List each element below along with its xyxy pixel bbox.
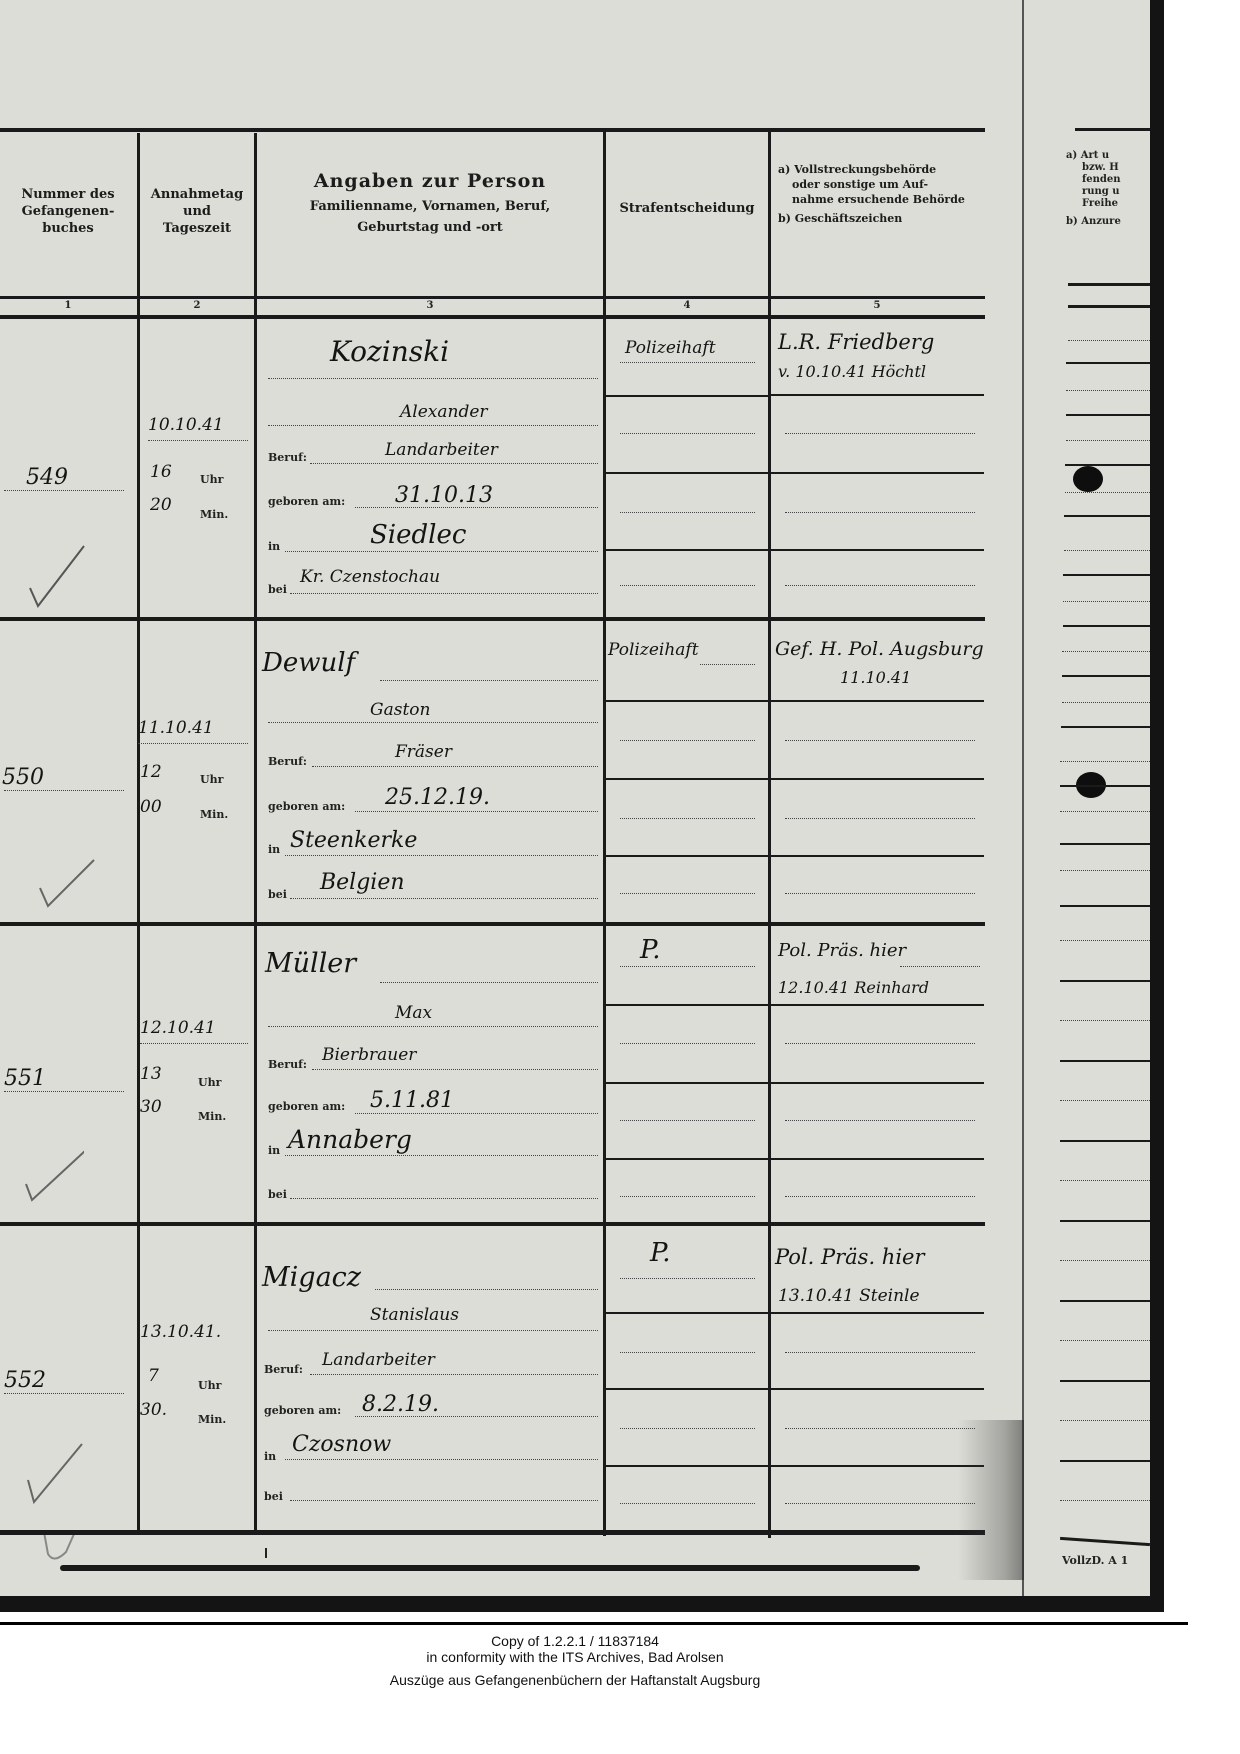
authority-rule — [771, 700, 984, 702]
header-col3: Angaben zur Person Familienname, Vorname… — [257, 170, 603, 236]
strip-rule — [1060, 785, 1150, 787]
beruf-label: Beruf: — [268, 451, 307, 464]
first-name-line — [268, 425, 598, 426]
checkmark-icon — [28, 540, 88, 610]
decision-line — [700, 664, 755, 665]
decision-empty-line — [620, 1503, 755, 1504]
uhr-label: Uhr — [198, 1379, 221, 1392]
next-page-header-a: a) Art u bzw. H fenden rung u Freihe b) … — [1066, 150, 1150, 228]
decision-empty-line — [620, 1196, 755, 1197]
bei-label: bei — [264, 1490, 283, 1503]
strip-line-4: rung u — [1066, 186, 1150, 198]
column-divider-3 — [603, 128, 606, 1536]
decision-empty-line — [620, 585, 755, 586]
strip-line-2: bzw. H — [1066, 162, 1150, 174]
strip-rule — [1065, 464, 1150, 466]
column-divider-4 — [768, 128, 771, 1538]
decision-rule — [606, 778, 768, 780]
admission-minute: 00 — [140, 797, 162, 817]
sentence-decision: P. — [640, 935, 661, 965]
first-name-line — [268, 1330, 598, 1331]
birth-place-line — [285, 1155, 598, 1156]
admission-minute: 30. — [140, 1400, 167, 1420]
authority-b: 13.10.41 Steinle — [778, 1286, 920, 1306]
authority-rule — [771, 1465, 984, 1467]
strip-dotted — [1060, 1100, 1150, 1101]
strip-rule — [1060, 1140, 1150, 1142]
header-col2-line1: Annahmetag — [140, 186, 254, 203]
authority-empty-line — [785, 1352, 975, 1353]
birth-place: Steenkerke — [290, 828, 417, 853]
strip-rule — [1060, 905, 1150, 907]
bei-value: Belgien — [320, 870, 405, 895]
bei-value: Kr. Czenstochau — [300, 567, 440, 587]
first-name: Max — [395, 1003, 432, 1023]
strip-line-3: fenden — [1066, 174, 1150, 186]
occupation: Landarbeiter — [322, 1350, 435, 1370]
decision-rule — [606, 1082, 768, 1084]
surname: Migacz — [262, 1262, 361, 1293]
surname-line — [268, 378, 598, 379]
first-name: Stanislaus — [370, 1305, 459, 1325]
authority-rule — [771, 1312, 984, 1314]
first-name: Gaston — [370, 700, 430, 720]
decision-empty-line — [620, 893, 755, 894]
occupation: Landarbeiter — [385, 440, 498, 460]
decision-empty-line — [620, 433, 755, 434]
row-separator — [0, 617, 985, 621]
birth-date-line — [355, 811, 598, 812]
decision-empty-line — [620, 1120, 755, 1121]
entry-number: 551 — [4, 1066, 46, 1091]
strip-dotted — [1063, 601, 1150, 602]
strip-rule — [1060, 1380, 1150, 1382]
strip-rule — [1063, 574, 1150, 576]
occupation-line — [310, 463, 598, 464]
header-col2-line3: Tageszeit — [140, 220, 254, 237]
header-col4: Strafentscheidung — [606, 200, 768, 217]
surname-line — [380, 982, 598, 983]
first-name-line — [268, 722, 598, 723]
strip-rule — [1062, 675, 1150, 677]
authority-empty-line — [785, 1428, 975, 1429]
header-col5-line3: nahme ersuchende Behörde — [778, 192, 983, 207]
strip-dotted — [1060, 870, 1150, 871]
decision-rule — [606, 1388, 768, 1390]
strip-rule — [1060, 980, 1150, 982]
birth-place-line — [285, 1459, 598, 1460]
strip-dotted — [1060, 940, 1150, 941]
min-label: Min. — [200, 808, 228, 821]
beruf-label: Beruf: — [264, 1363, 303, 1376]
authority-empty-line — [785, 1503, 975, 1504]
decision-line — [620, 362, 755, 363]
authority-empty-line — [785, 1196, 975, 1197]
entry-number: 552 — [4, 1368, 46, 1393]
footer-conformity: in conformity with the ITS Archives, Bad… — [0, 1649, 1150, 1665]
authority-rule — [771, 472, 984, 474]
authority-empty-line — [785, 1043, 975, 1044]
strip-rule — [1066, 414, 1150, 416]
birth-date-line — [355, 507, 598, 508]
column-number-5: 5 — [771, 300, 983, 311]
strip-dotted — [1060, 1260, 1150, 1261]
decision-rule — [606, 472, 768, 474]
strip-rule — [1066, 362, 1150, 364]
page-bottom-rule — [60, 1565, 920, 1571]
strip-rule — [1068, 305, 1150, 308]
page-fold-shadow — [958, 1420, 1024, 1580]
sentence-decision: Polizeihaft — [608, 640, 699, 660]
birth-place-line — [285, 551, 598, 552]
strip-line-b: b) Anzure — [1066, 216, 1150, 228]
header-col3-title: Angaben zur Person — [257, 170, 603, 192]
admission-date: 13.10.41. — [140, 1322, 221, 1342]
scan-border-right — [1150, 0, 1164, 1612]
date-line — [140, 1043, 248, 1044]
admission-hour: 12 — [140, 762, 162, 782]
checkmark-icon — [26, 1440, 86, 1510]
colnum-top-rule — [0, 296, 985, 299]
birth-date: 31.10.13 — [395, 483, 493, 508]
pencil-mark-icon — [40, 1530, 80, 1570]
authority-empty-line — [785, 893, 975, 894]
geboren-am-label: geboren am: — [268, 1100, 345, 1113]
authority-a: L.R. Friedberg — [778, 330, 934, 354]
strip-dotted — [1060, 761, 1150, 762]
authority-rule — [771, 855, 984, 857]
occupation-line — [312, 766, 598, 767]
strip-dotted — [1066, 390, 1150, 391]
min-label: Min. — [198, 1413, 226, 1426]
first-name-line — [268, 1026, 598, 1027]
column-number-3: 3 — [257, 300, 603, 311]
column-number-1: 1 — [0, 300, 136, 311]
in-label: in — [268, 540, 280, 553]
uhr-label: Uhr — [200, 773, 223, 786]
decision-empty-line — [620, 1428, 755, 1429]
authority-b: v. 10.10.41 Höchtl — [778, 362, 926, 381]
geboren-am-label: geboren am: — [268, 800, 345, 813]
admission-date: 11.10.41 — [138, 718, 214, 738]
strip-rule — [1061, 726, 1150, 728]
surname-line — [375, 1289, 598, 1290]
authority-b: 11.10.41 — [840, 668, 911, 687]
in-label: in — [264, 1450, 276, 1463]
birth-place: Czosnow — [292, 1432, 391, 1457]
decision-empty-line — [620, 1352, 755, 1353]
birth-date: 25.12.19. — [385, 785, 490, 810]
entry-number-line — [4, 1393, 124, 1394]
sentence-decision: Polizeihaft — [625, 338, 716, 358]
column-number-4: 4 — [606, 300, 768, 311]
birth-date-line — [355, 1416, 598, 1417]
min-label: Min. — [198, 1110, 226, 1123]
strip-dotted — [1062, 702, 1150, 703]
colnum-bottom-rule — [0, 315, 985, 319]
authority-empty-line — [785, 818, 975, 819]
punch-hole-icon — [1073, 466, 1103, 492]
strip-top-rule — [1075, 128, 1150, 131]
header-col2: Annahmetag und Tageszeit — [140, 186, 254, 237]
checkmark-icon — [38, 840, 98, 910]
admission-hour: 16 — [150, 462, 172, 482]
strip-line-1: a) Art u — [1066, 150, 1150, 162]
decision-rule — [606, 1004, 768, 1006]
strip-rule — [1068, 283, 1150, 286]
admission-date: 10.10.41 — [148, 415, 224, 435]
sentence-decision: P. — [650, 1238, 671, 1268]
header-col5-line1: a) Vollstreckungsbehörde — [778, 162, 983, 177]
strip-rule — [1060, 843, 1150, 845]
occupation: Fräser — [395, 742, 452, 762]
decision-empty-line — [620, 740, 755, 741]
strip-dotted — [1065, 492, 1150, 493]
header-col1: Nummer des Gefangenen- buches — [0, 186, 136, 237]
bei-label: bei — [268, 583, 287, 596]
bei-line — [290, 593, 598, 594]
first-name: Alexander — [400, 402, 488, 422]
checkmark-icon — [24, 1140, 84, 1210]
authority-rule — [771, 778, 984, 780]
strip-dotted — [1060, 811, 1150, 812]
entry-number-line — [4, 790, 124, 791]
table-bottom-rule — [0, 1530, 985, 1535]
min-label: Min. — [200, 508, 228, 521]
occupation-line — [310, 1374, 598, 1375]
page-mark — [265, 1548, 267, 1558]
strip-rule — [1063, 625, 1150, 627]
decision-empty-line — [620, 1043, 755, 1044]
header-col1-line3: buches — [0, 220, 136, 237]
strip-rule — [1064, 515, 1150, 517]
header-col3-line1: Familienname, Vornamen, Beruf, — [257, 198, 603, 215]
entry-number-line — [4, 490, 124, 491]
header-col5: a) Vollstreckungsbehörde oder sonstige u… — [778, 162, 983, 226]
strip-dotted — [1060, 1340, 1150, 1341]
surname: Dewulf — [262, 648, 355, 678]
strip-rule — [1060, 1460, 1150, 1462]
header-col3-line2: Geburtstag und -ort — [257, 219, 603, 236]
strip-dotted — [1068, 340, 1150, 341]
scanned-register-page: Nummer des Gefangenen- buches Annahmetag… — [0, 0, 1150, 1608]
strip-rule — [1060, 1220, 1150, 1222]
decision-rule — [606, 549, 768, 551]
authority-empty-line — [785, 1120, 975, 1121]
surname: Müller — [265, 948, 356, 979]
footer-copy-reference: Copy of 1.2.2.1 / 11837184 — [0, 1633, 1150, 1649]
admission-minute: 20 — [150, 495, 172, 515]
strip-rule — [1060, 1300, 1150, 1302]
bei-line — [290, 1198, 598, 1199]
birth-place: Annaberg — [288, 1125, 412, 1154]
authority-empty-line — [785, 512, 975, 513]
decision-rule — [606, 700, 768, 702]
strip-dotted — [1060, 1180, 1150, 1181]
decision-line — [620, 966, 755, 967]
strip-dotted — [1064, 550, 1150, 551]
header-col1-line1: Nummer des — [0, 186, 136, 203]
surname: Kozinski — [330, 335, 449, 368]
strip-rule — [1060, 1060, 1150, 1062]
birth-date: 8.2.19. — [362, 1392, 439, 1417]
in-label: in — [268, 843, 280, 856]
admission-hour: 13 — [140, 1064, 162, 1084]
header-col5-line4: b) Geschäftszeichen — [778, 211, 983, 226]
header-col2-line2: und — [140, 203, 254, 220]
scan-border-bottom — [0, 1596, 1164, 1612]
header-col5-line2: oder sonstige um Auf- — [778, 177, 983, 192]
authority-a: Gef. H. Pol. Augsburg — [775, 638, 984, 660]
strip-dotted — [1062, 651, 1150, 652]
header-top-rule — [0, 128, 985, 132]
admission-hour: 7 — [148, 1366, 159, 1386]
authority-rule — [771, 549, 984, 551]
decision-empty-line — [620, 818, 755, 819]
birth-place: Siedlec — [370, 520, 466, 550]
decision-rule — [606, 1158, 768, 1160]
authority-rule — [771, 1004, 984, 1006]
strip-left-edge — [1022, 0, 1024, 1600]
decision-line — [620, 1278, 755, 1279]
birth-date: 5.11.81 — [370, 1088, 454, 1113]
occupation-line — [312, 1069, 598, 1070]
occupation: Bierbrauer — [322, 1045, 416, 1065]
geboren-am-label: geboren am: — [264, 1404, 341, 1417]
bei-label: bei — [268, 888, 287, 901]
entry-number: 550 — [2, 765, 44, 790]
admission-minute: 30 — [140, 1097, 162, 1117]
strip-line-5: Freihe — [1066, 198, 1150, 210]
in-label: in — [268, 1144, 280, 1157]
entry-number-line — [4, 1091, 124, 1092]
decision-empty-line — [620, 512, 755, 513]
authority-empty-line — [785, 585, 975, 586]
decision-rule — [606, 1465, 768, 1467]
authority-rule — [771, 1158, 984, 1160]
decision-rule — [606, 855, 768, 857]
column-number-2: 2 — [140, 300, 254, 311]
uhr-label: Uhr — [200, 473, 223, 486]
beruf-label: Beruf: — [268, 755, 307, 768]
strip-dotted — [1060, 1420, 1150, 1421]
row-separator — [0, 922, 985, 926]
beruf-label: Beruf: — [268, 1058, 307, 1071]
birth-date-line — [355, 1113, 598, 1114]
birth-place-line — [285, 855, 598, 856]
row-separator — [0, 1222, 985, 1226]
strip-dotted — [1060, 1020, 1150, 1021]
date-line — [148, 440, 248, 441]
geboren-am-label: geboren am: — [268, 495, 345, 508]
authority-empty-line — [785, 740, 975, 741]
authority-line — [900, 966, 980, 967]
authority-rule — [771, 1388, 984, 1390]
strip-dotted — [1066, 440, 1150, 441]
decision-rule — [606, 1312, 768, 1314]
uhr-label: Uhr — [198, 1076, 221, 1089]
authority-a: Pol. Präs. hier — [775, 1245, 925, 1269]
header-col1-line2: Gefangenen- — [0, 203, 136, 220]
authority-a: Pol. Präs. hier — [778, 940, 906, 961]
footer-collection-title: Auszüge aus Gefangenenbüchern der Haftan… — [0, 1672, 1150, 1688]
bei-label: bei — [268, 1188, 287, 1201]
authority-rule — [771, 394, 984, 396]
decision-rule — [606, 395, 768, 397]
bei-line — [290, 1500, 598, 1501]
authority-empty-line — [785, 433, 975, 434]
admission-date: 12.10.41 — [140, 1018, 216, 1038]
column-divider-2 — [254, 133, 257, 1531]
date-line — [138, 743, 248, 744]
bei-line — [290, 898, 598, 899]
strip-dotted — [1060, 1500, 1150, 1501]
authority-rule — [771, 1082, 984, 1084]
entry-number: 549 — [26, 465, 68, 490]
form-code: VollzD. A 1 — [1062, 1554, 1128, 1567]
footer-rule — [0, 1622, 1188, 1625]
authority-b: 12.10.41 Reinhard — [778, 978, 929, 997]
surname-line — [380, 680, 598, 681]
strip-rule — [1060, 1537, 1150, 1546]
